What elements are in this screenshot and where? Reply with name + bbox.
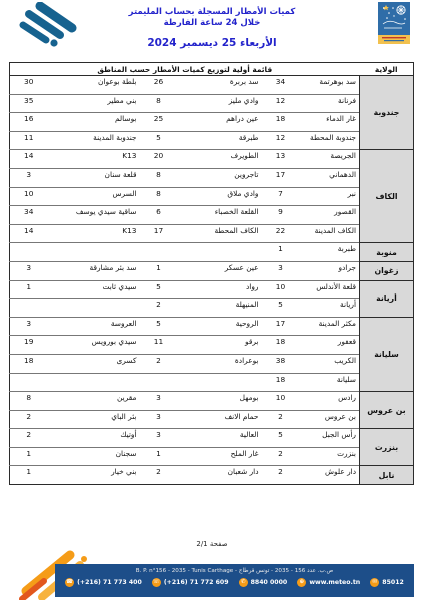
station-name-cell: سيدي ثابت bbox=[48, 280, 140, 299]
station-name-cell bbox=[178, 243, 262, 262]
station-name-cell bbox=[48, 373, 140, 392]
station-name-cell: وادي مليز bbox=[178, 94, 262, 113]
handset-icon: ✆ bbox=[239, 578, 248, 587]
station-name-cell: كسرى bbox=[48, 354, 140, 373]
rain-amount-cell: 3 bbox=[140, 429, 178, 448]
station-name-cell: أريانة bbox=[300, 299, 360, 318]
rain-amount-cell: 10 bbox=[262, 392, 300, 411]
station-name-cell: مقرين bbox=[48, 392, 140, 411]
rain-amount-cell: 9 bbox=[262, 206, 300, 225]
rain-amount-cell: 26 bbox=[140, 76, 178, 95]
station-name-cell: برقو bbox=[178, 336, 262, 355]
footer-contact-text: (+216) 71 772 609 bbox=[164, 579, 229, 586]
report-date: الأربعاء 25 ديسمبر 2024 bbox=[90, 37, 334, 49]
table-row: نابلدار علوش2دار شعبان2بني خيار1 bbox=[10, 466, 414, 485]
table-row: الدهماني17تاجروين8قلعة سنان3 bbox=[10, 168, 414, 187]
footer-contact-item: ⊕www.meteo.tn bbox=[297, 578, 360, 587]
footer-contact-text: 8840 0000 bbox=[251, 579, 288, 586]
station-name-cell: سد بربرة bbox=[178, 76, 262, 95]
page-number-label: صفحة 2/1 bbox=[0, 540, 424, 548]
rain-amount-cell: 3 bbox=[140, 410, 178, 429]
wilaya-cell: نابل bbox=[360, 466, 414, 485]
rain-amount-cell: 2 bbox=[10, 410, 48, 429]
rain-amount-cell: 18 bbox=[262, 373, 300, 392]
inm-stripes-logo-icon bbox=[16, 2, 80, 50]
rainfall-table: الولاية قائمة أولية لتوزيع كميات الأمطار… bbox=[10, 62, 414, 485]
rain-amount-cell: 2 bbox=[262, 410, 300, 429]
table-header-row: الولاية قائمة أولية لتوزيع كميات الأمطار… bbox=[10, 63, 414, 76]
station-name-cell: جرادو bbox=[300, 261, 360, 280]
table-row: قعفور18برقو11سيدي بورويس19 bbox=[10, 336, 414, 355]
station-name-cell: دار علوش bbox=[300, 466, 360, 485]
footer-contact-text: www.meteo.tn bbox=[309, 579, 360, 586]
station-name-cell: قلعة سنان bbox=[48, 168, 140, 187]
rain-amount-cell: 7 bbox=[262, 187, 300, 206]
rain-amount-cell: 5 bbox=[262, 299, 300, 318]
rain-amount-cell: 6 bbox=[140, 206, 178, 225]
table-row: سليانةمكثر المدينة17الروحية5العروسة3 bbox=[10, 317, 414, 336]
table-row: بنزرت2غار الملح1سجنان1 bbox=[10, 447, 414, 466]
station-name-cell: طبرقة bbox=[178, 131, 262, 150]
station-name-cell: العالية bbox=[178, 429, 262, 448]
rain-amount-cell: 19 bbox=[10, 336, 48, 355]
rain-amount-cell: 18 bbox=[262, 113, 300, 132]
station-name-cell: بوعرادة bbox=[178, 354, 262, 373]
station-name-cell: سد بئر مشارقة bbox=[48, 261, 140, 280]
rain-amount-cell: 5 bbox=[140, 317, 178, 336]
rain-amount-cell: 14 bbox=[10, 150, 48, 169]
station-name-cell: القلعة الخصباء bbox=[178, 206, 262, 225]
rain-amount-cell: 3 bbox=[262, 261, 300, 280]
station-name-cell: العروسة bbox=[48, 317, 140, 336]
rain-amount-cell: 2 bbox=[140, 354, 178, 373]
table-row: بن عروسرادس10بومهل3مقرين8 bbox=[10, 392, 414, 411]
rain-amount-cell: 35 bbox=[10, 94, 48, 113]
rain-amount-cell: 3 bbox=[140, 392, 178, 411]
wilaya-cell: بن عروس bbox=[360, 392, 414, 429]
wilaya-cell: جندوبة bbox=[360, 76, 414, 150]
rain-amount-cell: 5 bbox=[140, 131, 178, 150]
table-row: أريانة5المنيهلة2 bbox=[10, 299, 414, 318]
station-name-cell: الدهماني bbox=[300, 168, 360, 187]
station-name-cell: أوتيك bbox=[48, 429, 140, 448]
rain-table-body: الولاية قائمة أولية لتوزيع كميات الأمطار… bbox=[10, 63, 414, 485]
station-name-cell: سيدي بورويس bbox=[48, 336, 140, 355]
rain-amount-cell: 5 bbox=[262, 429, 300, 448]
wilaya-cell: بنزرت bbox=[360, 429, 414, 466]
rain-amount-cell: 17 bbox=[262, 317, 300, 336]
rain-amount-cell: 12 bbox=[262, 94, 300, 113]
table-row: فرنانة12وادي مليز8بني مطير35 bbox=[10, 94, 414, 113]
wilaya-header-cell: الولاية bbox=[360, 63, 414, 76]
wilaya-cell: أريانة bbox=[360, 280, 414, 317]
station-name-cell: حمام الانف bbox=[178, 410, 262, 429]
rain-amount-cell: 8 bbox=[140, 187, 178, 206]
table-row: غار الدماء18عين دراهم25بوسالم16 bbox=[10, 113, 414, 132]
station-name-cell: بلطة بوعوان bbox=[48, 76, 140, 95]
rain-amount-cell: 13 bbox=[262, 150, 300, 169]
footer-contacts: ☎(+216) 71 773 400☏(+216) 71 772 609✆884… bbox=[55, 578, 414, 587]
rain-amount-cell: 30 bbox=[10, 76, 48, 95]
table-row: زغوانجرادو3عين عسكر1سد بئر مشارقة3 bbox=[10, 261, 414, 280]
table-row: الكريب38بوعرادة2كسرى18 bbox=[10, 354, 414, 373]
rain-amount-cell: 2 bbox=[262, 447, 300, 466]
rain-amount-cell: 14 bbox=[10, 224, 48, 243]
station-name-cell: بومهل bbox=[178, 392, 262, 411]
station-name-cell: قعفور bbox=[300, 336, 360, 355]
rain-amount-cell: 3 bbox=[10, 317, 48, 336]
station-name-cell: سليانة bbox=[300, 373, 360, 392]
station-name-cell: المنيهلة bbox=[178, 299, 262, 318]
footer-contact-item: ☎(+216) 71 773 400 bbox=[65, 578, 142, 587]
station-name-cell: القصور bbox=[300, 206, 360, 225]
station-name-cell: الكاف المحطة bbox=[178, 224, 262, 243]
rain-amount-cell: 2 bbox=[140, 299, 178, 318]
rain-amount-cell: 8 bbox=[10, 392, 48, 411]
report-title-line2: خلال 24 ساعة الفارطة bbox=[90, 18, 334, 29]
station-name-cell: رواد bbox=[178, 280, 262, 299]
rain-amount-cell: 22 bbox=[262, 224, 300, 243]
rain-amount-cell: 25 bbox=[140, 113, 178, 132]
rain-amount-cell: 2 bbox=[140, 466, 178, 485]
station-name-cell: بني خيار bbox=[48, 466, 140, 485]
station-name-cell: الجريصة bbox=[300, 150, 360, 169]
report-title-line1: كميات الأمطار المسجلة بحساب المليمتر bbox=[90, 7, 334, 18]
station-name-cell: عين دراهم bbox=[178, 113, 262, 132]
rain-amount-cell bbox=[10, 373, 48, 392]
table-row: جندوبة المحطة12طبرقة5جندوبة المدينة11 bbox=[10, 131, 414, 150]
station-name-cell: غار الملح bbox=[178, 447, 262, 466]
rain-amount-cell: 11 bbox=[10, 131, 48, 150]
station-name-cell: دار شعبان bbox=[178, 466, 262, 485]
station-name-cell: K13 bbox=[48, 150, 140, 169]
table-row: جندوبةسد بوهرتمة34سد بربرة26بلطة بوعوان3… bbox=[10, 76, 414, 95]
rain-amount-cell: 12 bbox=[262, 131, 300, 150]
rain-amount-cell: 10 bbox=[10, 187, 48, 206]
table-row: نبر7وادي ملاق8السرس10 bbox=[10, 187, 414, 206]
footer-contact-text: (+216) 71 773 400 bbox=[77, 579, 142, 586]
station-name-cell: السرس bbox=[48, 187, 140, 206]
station-name-cell: نبر bbox=[300, 187, 360, 206]
rain-amount-cell: 17 bbox=[262, 168, 300, 187]
rain-amount-cell: 8 bbox=[140, 168, 178, 187]
rain-amount-cell: 1 bbox=[262, 243, 300, 262]
station-name-cell: وادي ملاق bbox=[178, 187, 262, 206]
footer-contact-item: ✉85012 bbox=[370, 578, 404, 587]
station-name-cell bbox=[48, 243, 140, 262]
station-name-cell: رادس bbox=[300, 392, 360, 411]
rain-amount-cell bbox=[140, 373, 178, 392]
station-name-cell: تاجروين bbox=[178, 168, 262, 187]
globe-icon: ⊕ bbox=[297, 578, 306, 587]
rain-amount-cell: 11 bbox=[140, 336, 178, 355]
rain-amount-cell: 18 bbox=[262, 336, 300, 355]
list-header-cell: قائمة أولية لتوزيع كميات الأمطار حسب الم… bbox=[10, 63, 360, 76]
fax-icon: ☏ bbox=[152, 578, 161, 587]
footer-contact-item: ✆8840 0000 bbox=[239, 578, 288, 587]
rain-amount-cell bbox=[140, 243, 178, 262]
rain-amount-cell: 2 bbox=[10, 429, 48, 448]
rain-amount-cell: 2 bbox=[262, 466, 300, 485]
station-name-cell bbox=[178, 373, 262, 392]
meteo-institute-logo-icon bbox=[378, 2, 410, 46]
station-name-cell bbox=[48, 299, 140, 318]
table-row: أريانةقلعة الأندلس10رواد5سيدي ثابت1 bbox=[10, 280, 414, 299]
rain-amount-cell: 10 bbox=[262, 280, 300, 299]
table-row: القصور9القلعة الخصباء6ساقية سيدي يوسف34 bbox=[10, 206, 414, 225]
station-name-cell: بئر الباي bbox=[48, 410, 140, 429]
wilaya-cell: سليانة bbox=[360, 317, 414, 391]
station-name-cell: K13 bbox=[48, 224, 140, 243]
station-name-cell: جندوبة المحطة bbox=[300, 131, 360, 150]
report-page: كميات الأمطار المسجلة بحساب المليمتر خلا… bbox=[0, 0, 424, 600]
station-name-cell: جندوبة المدينة bbox=[48, 131, 140, 150]
station-name-cell: بوسالم bbox=[48, 113, 140, 132]
wilaya-cell: منوبة bbox=[360, 243, 414, 262]
table-row: سليانة18 bbox=[10, 373, 414, 392]
rain-amount-cell: 5 bbox=[140, 280, 178, 299]
wilaya-cell: زغوان bbox=[360, 261, 414, 280]
table-row: الكافالجريصة13الطويرف20K1314 bbox=[10, 150, 414, 169]
rain-amount-cell bbox=[10, 243, 48, 262]
rain-amount-cell: 16 bbox=[10, 113, 48, 132]
footer-address: ص.ب. عدد 156 - 2035 - تونس قرطاج - B. P.… bbox=[55, 567, 414, 575]
rain-amount-cell: 1 bbox=[140, 261, 178, 280]
table-row: الكاف المدينة22الكاف المحطة17K1314 bbox=[10, 224, 414, 243]
station-name-cell: غار الدماء bbox=[300, 113, 360, 132]
station-name-cell: بنزرت bbox=[300, 447, 360, 466]
table-row: بن عروس2حمام الانف3بئر الباي2 bbox=[10, 410, 414, 429]
station-name-cell: الكريب bbox=[300, 354, 360, 373]
rain-amount-cell: 1 bbox=[140, 447, 178, 466]
rain-amount-cell: 18 bbox=[10, 354, 48, 373]
station-name-cell: سد بوهرتمة bbox=[300, 76, 360, 95]
station-name-cell: سجنان bbox=[48, 447, 140, 466]
rain-amount-cell: 17 bbox=[140, 224, 178, 243]
station-name-cell: الطويرف bbox=[178, 150, 262, 169]
rain-amount-cell bbox=[10, 299, 48, 318]
rain-amount-cell: 1 bbox=[10, 466, 48, 485]
phone-icon: ☎ bbox=[65, 578, 74, 587]
rain-amount-cell: 3 bbox=[10, 168, 48, 187]
wilaya-cell: الكاف bbox=[360, 150, 414, 243]
rain-amount-cell: 34 bbox=[262, 76, 300, 95]
station-name-cell: ساقية سيدي يوسف bbox=[48, 206, 140, 225]
rain-amount-cell: 20 bbox=[140, 150, 178, 169]
rain-amount-cell: 1 bbox=[10, 447, 48, 466]
report-header: كميات الأمطار المسجلة بحساب المليمتر خلا… bbox=[90, 7, 334, 49]
footer-contact-text: 85012 bbox=[382, 579, 404, 586]
rain-amount-cell: 8 bbox=[140, 94, 178, 113]
rain-amount-cell: 1 bbox=[10, 280, 48, 299]
rain-amount-cell: 3 bbox=[10, 261, 48, 280]
station-name-cell: مكثر المدينة bbox=[300, 317, 360, 336]
station-name-cell: بن عروس bbox=[300, 410, 360, 429]
sms-icon: ✉ bbox=[370, 578, 379, 587]
station-name-cell: رأس الجبل bbox=[300, 429, 360, 448]
station-name-cell: الروحية bbox=[178, 317, 262, 336]
station-name-cell: عين عسكر bbox=[178, 261, 262, 280]
station-name-cell: قلعة الأندلس bbox=[300, 280, 360, 299]
rain-amount-cell: 38 bbox=[262, 354, 300, 373]
table-row: بنزرترأس الجبل5العالية3أوتيك2 bbox=[10, 429, 414, 448]
station-name-cell: الكاف المدينة bbox=[300, 224, 360, 243]
station-name-cell: بني مطير bbox=[48, 94, 140, 113]
table-row: منوبةطبربة1 bbox=[10, 243, 414, 262]
rain-amount-cell: 34 bbox=[10, 206, 48, 225]
footer-contact-item: ☏(+216) 71 772 609 bbox=[152, 578, 229, 587]
station-name-cell: طبربة bbox=[300, 243, 360, 262]
station-name-cell: فرنانة bbox=[300, 94, 360, 113]
footer-bar: ص.ب. عدد 156 - 2035 - تونس قرطاج - B. P.… bbox=[55, 564, 414, 597]
